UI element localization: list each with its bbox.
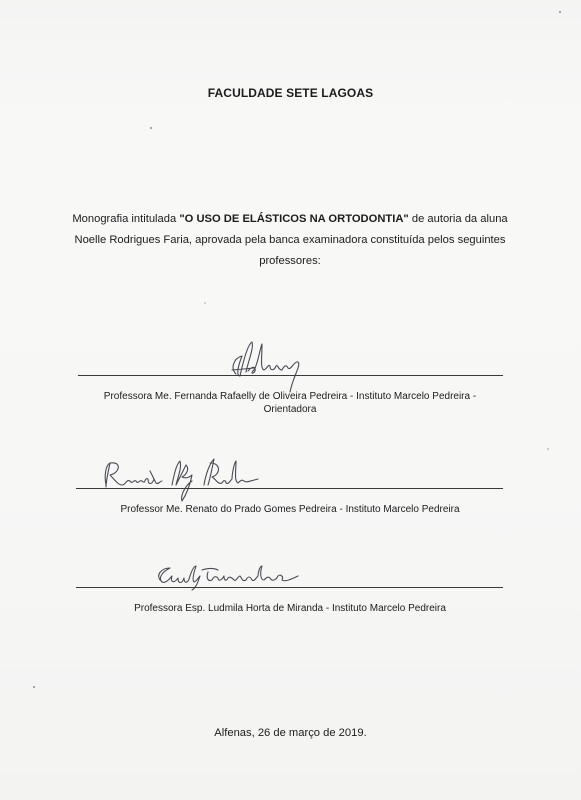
signature-line-1	[78, 375, 503, 376]
examiner-caption-2: Professor Me. Renato do Prado Gomes Pedr…	[70, 503, 510, 516]
examiner-2-name: Professor Me. Renato do Prado Gomes Pedr…	[70, 503, 510, 516]
examiner-caption-3: Professora Esp. Ludmila Horta de Miranda…	[70, 602, 510, 615]
scan-speck	[33, 686, 35, 688]
signature-2	[100, 455, 260, 505]
signature-line-2	[76, 488, 503, 489]
place-and-date: Alfenas, 26 de março de 2019.	[0, 727, 581, 739]
monograph-title: "O USO DE ELÁSTICOS NA ORTODONTIA"	[179, 213, 408, 225]
examiner-3-name: Professora Esp. Ludmila Horta de Miranda…	[70, 602, 510, 615]
signature-line-3	[76, 587, 503, 588]
examiner-1-name: Professora Me. Fernanda Rafaelly de Oliv…	[70, 390, 510, 403]
institution-heading: FACULDADE SETE LAGOAS	[0, 86, 581, 100]
signature-1	[224, 338, 314, 398]
scan-speck	[204, 302, 206, 304]
scan-speck	[150, 127, 152, 129]
examiner-caption-1: Professora Me. Fernanda Rafaelly de Oliv…	[70, 390, 510, 416]
scan-speck	[547, 448, 549, 450]
document-page: FACULDADE SETE LAGOAS Monografia intitul…	[0, 0, 581, 800]
examiner-1-role: Orientadora	[70, 403, 510, 416]
approval-statement: Monografia intitulada "O USO DE ELÁSTICO…	[70, 209, 510, 272]
approval-prefix: Monografia intitulada	[72, 213, 179, 225]
scan-speck	[559, 11, 561, 13]
